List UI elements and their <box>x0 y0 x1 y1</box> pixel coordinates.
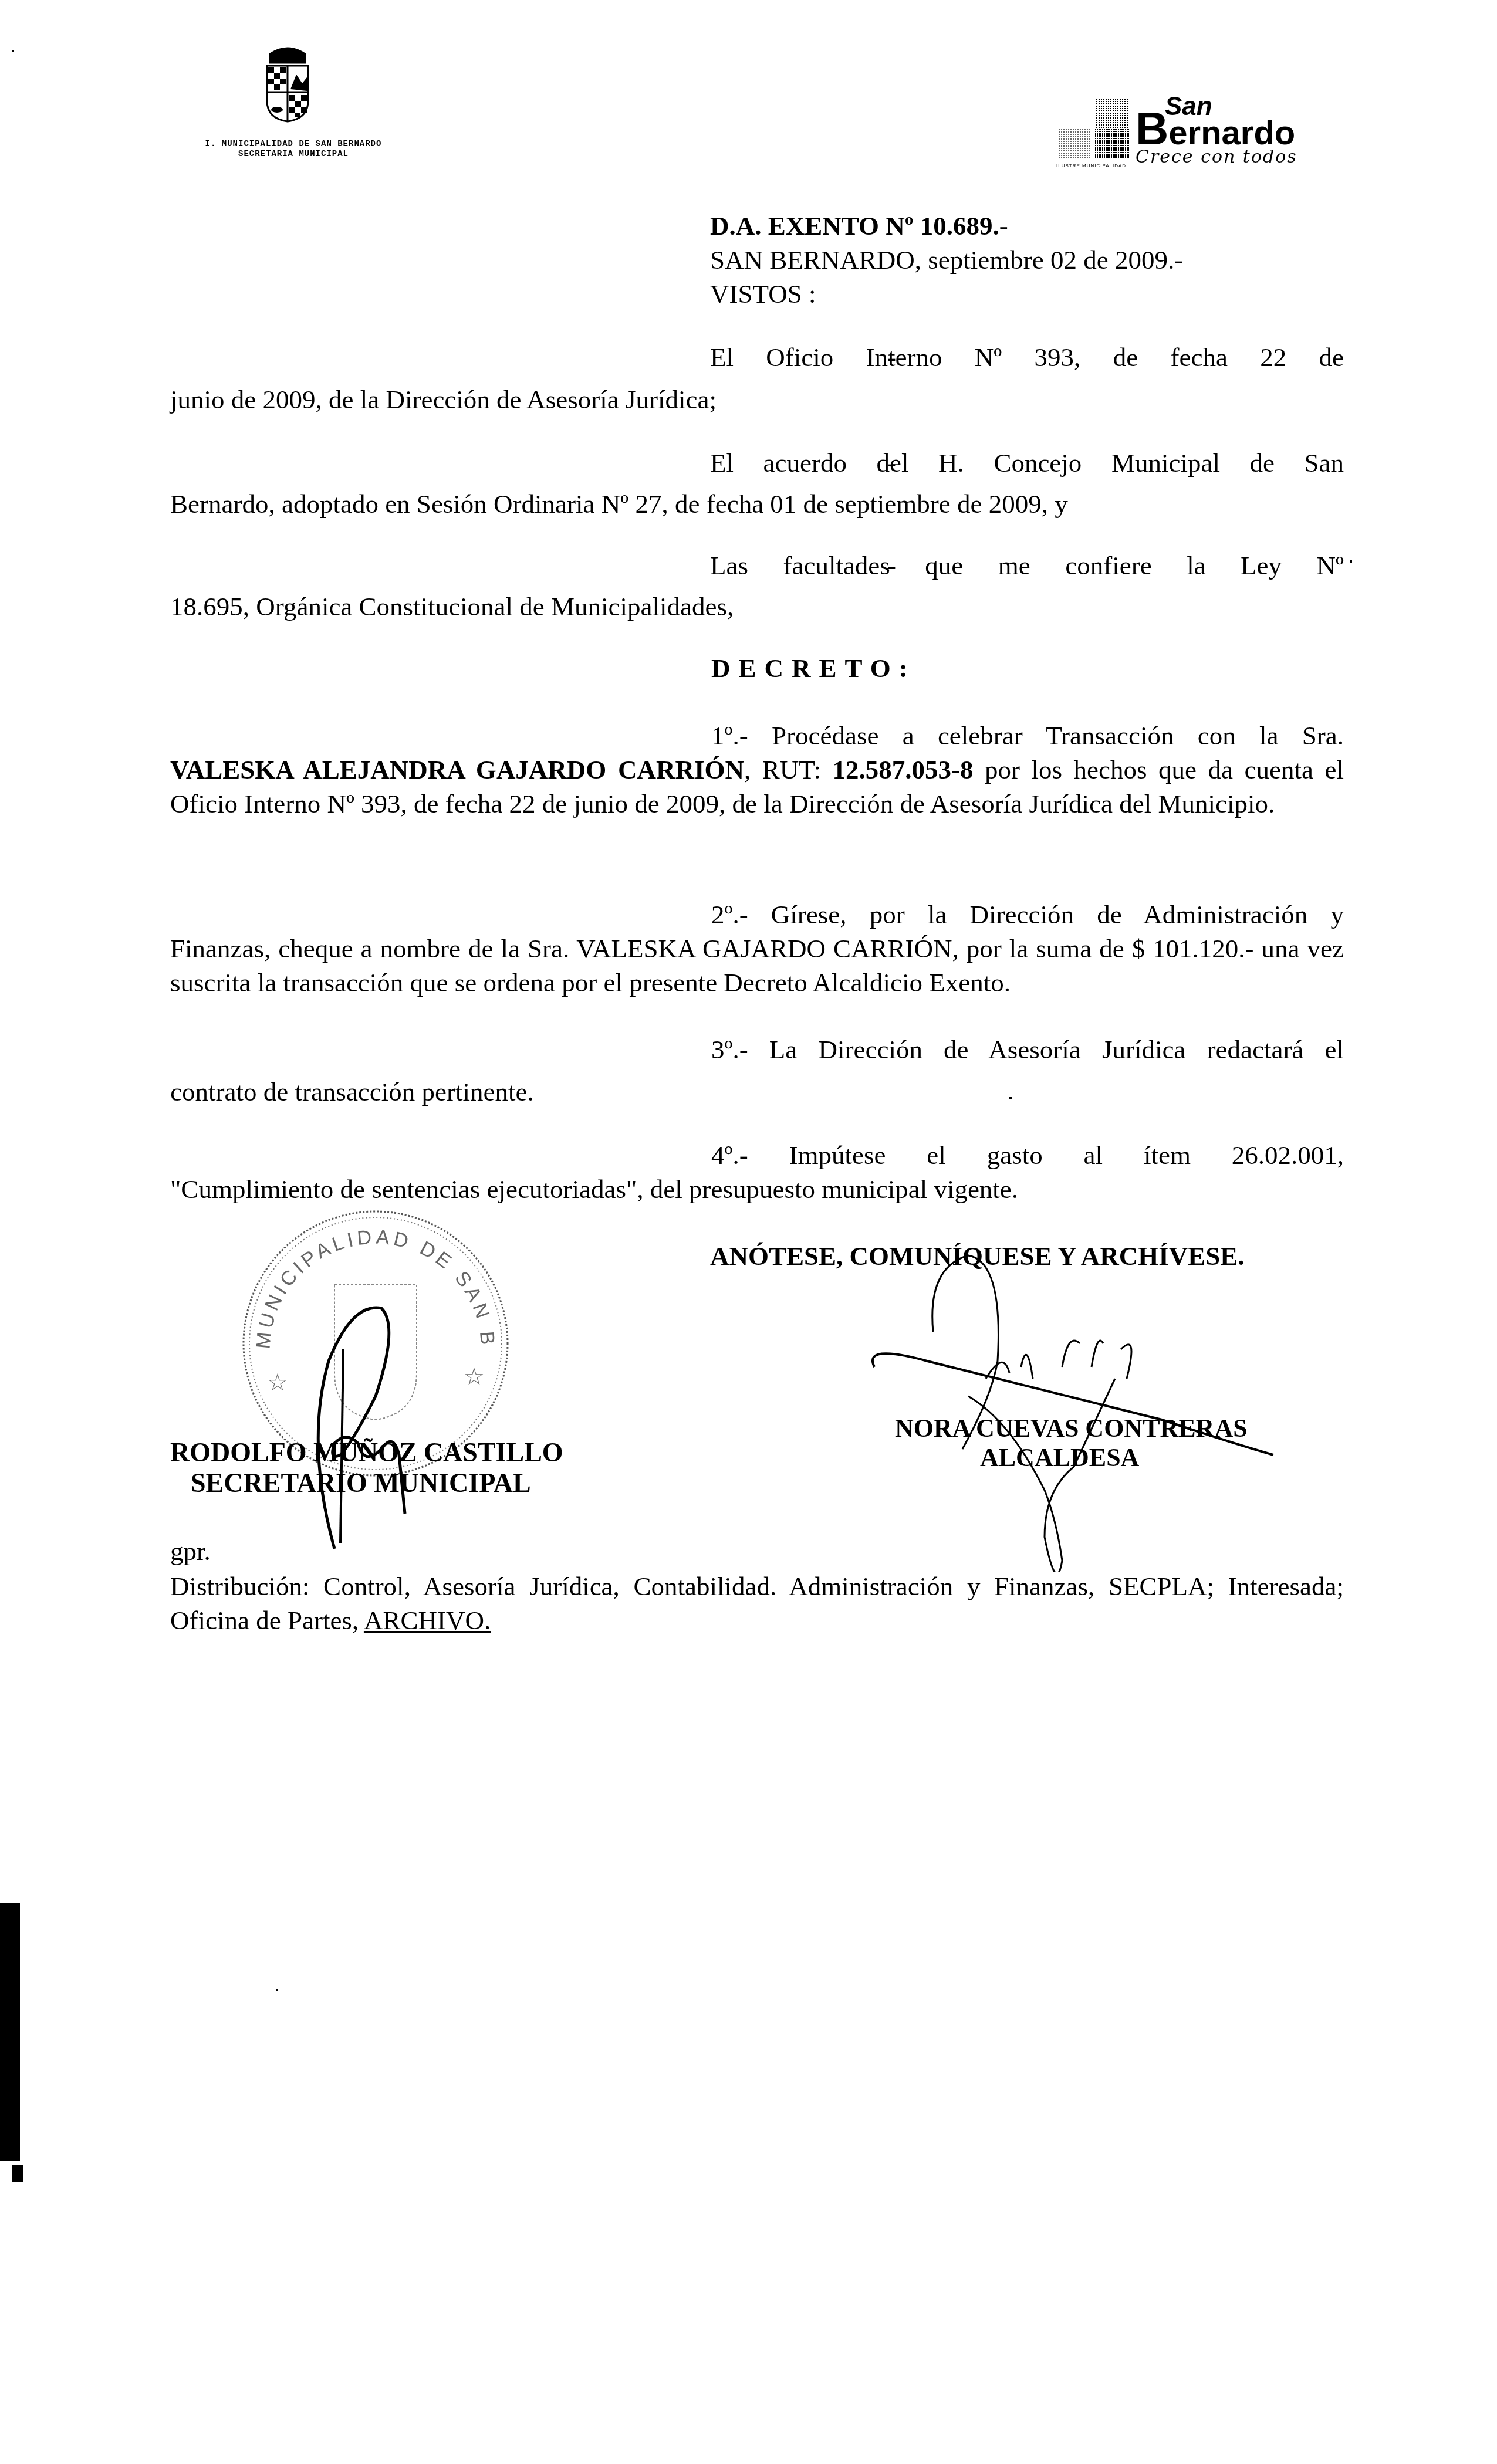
rut-value: 12.587.053-8 <box>832 755 973 784</box>
visto-first-line: El Oficio Interno Nº 393, de fecha 22 de <box>170 340 1344 374</box>
brand-bernardo-text: Bernardo <box>1136 111 1295 150</box>
article-first-line: 4º.- Impútese el gasto al ítem 26.02.001… <box>170 1138 1344 1172</box>
mayor-name: NORA CUEVAS CONTRERAS <box>895 1414 1248 1443</box>
visto-first-line: El acuerdo del H. Concejo Municipal de S… <box>170 446 1344 480</box>
decree-place-date: SAN BERNARDO, septiembre 02 de 2009.- <box>710 243 1183 277</box>
municipal-crest-icon <box>258 36 317 124</box>
secretary-title: SECRETARIO MUNICIPAL <box>191 1468 531 1498</box>
brand-subtitle: ILUSTRE MUNICIPALIDAD <box>1056 163 1126 168</box>
svg-text:☆: ☆ <box>267 1369 288 1396</box>
article-first-line: 3º.- La Dirección de Asesoría Jurídica r… <box>170 1033 1344 1067</box>
institution-name: I. MUNICIPALIDAD DE SAN BERNARDO <box>170 140 417 150</box>
brand-squares-icon <box>1056 94 1133 161</box>
brand-tagline: Crece con todos <box>1136 147 1297 167</box>
scan-speck <box>1009 1097 1012 1099</box>
vistos-label: VISTOS : <box>710 277 816 311</box>
article-first-line: 2º.- Gírese, por la Dirección de Adminis… <box>170 898 1344 932</box>
article-rest: Finanzas, cheque a nombre de la Sra. VAL… <box>170 932 1344 1000</box>
beneficiary-name: VALESKA ALEJANDRA GAJARDO CARRIÓN <box>170 755 744 784</box>
visto-dash: - <box>887 446 896 480</box>
scan-speck <box>276 1989 278 1991</box>
rut-label: , RUT: <box>744 755 833 784</box>
decree-number: D.A. EXENTO Nº 10.689.- <box>710 209 1008 243</box>
visto-rest: Bernardo, adoptado en Sesión Ordinaria N… <box>170 487 1344 521</box>
distribution-list: Distribución: Control, Asesoría Jurídica… <box>170 1569 1344 1637</box>
san-bernardo-logo: San Bernardo Crece con todos ILUSTRE MUN… <box>1056 94 1303 173</box>
secretary-name: RODOLFO MUÑOZ CASTILLO <box>170 1437 563 1468</box>
scan-speck <box>1350 560 1352 563</box>
department-name: SECRETARIA MUNICIPAL <box>170 150 417 160</box>
article-rest: contrato de transacción pertinente. <box>170 1075 1344 1109</box>
article-3: 3º.- La Dirección de Asesoría Jurídica r… <box>170 1033 1344 1109</box>
visto-first-line: Las facultades que me confiere la Ley Nº <box>170 549 1344 583</box>
svg-text:☆: ☆ <box>464 1363 485 1390</box>
scan-speck <box>12 50 14 52</box>
scan-edge-mark <box>0 1903 20 2161</box>
article-first-line: 1º.- Procédase a celebrar Transacción co… <box>170 719 1344 753</box>
article-1: 1º.- Procédase a celebrar Transacción co… <box>170 719 1344 821</box>
typist-initials: gpr. <box>170 1536 211 1566</box>
secretary-signature <box>293 1267 440 1561</box>
visto-dash: - <box>887 340 896 374</box>
distribution-archivo: ARCHIVO. <box>364 1606 491 1635</box>
visto-rest: 18.695, Orgánica Constitucional de Munic… <box>170 590 1344 624</box>
visto-item: - El Oficio Interno Nº 393, de fecha 22 … <box>170 340 1344 417</box>
scan-edge-mark <box>12 2165 23 2182</box>
mayor-signature <box>869 1244 1338 1572</box>
decreto-heading: DECRETO: <box>711 651 916 685</box>
article-4: 4º.- Impútese el gasto al ítem 26.02.001… <box>170 1138 1344 1206</box>
visto-item: - Las facultades que me confiere la Ley … <box>170 549 1344 624</box>
article-2: 2º.- Gírese, por la Dirección de Adminis… <box>170 898 1344 1000</box>
distribution-text: Distribución: Control, Asesoría Jurídica… <box>170 1572 1344 1635</box>
mayor-title: ALCALDESA <box>980 1443 1139 1473</box>
visto-dash: - <box>887 549 896 583</box>
visto-rest: junio de 2009, de la Dirección de Asesor… <box>170 383 1344 417</box>
institution-header: I. MUNICIPALIDAD DE SAN BERNARDO SECRETA… <box>170 140 417 160</box>
visto-item: - El acuerdo del H. Concejo Municipal de… <box>170 446 1344 521</box>
